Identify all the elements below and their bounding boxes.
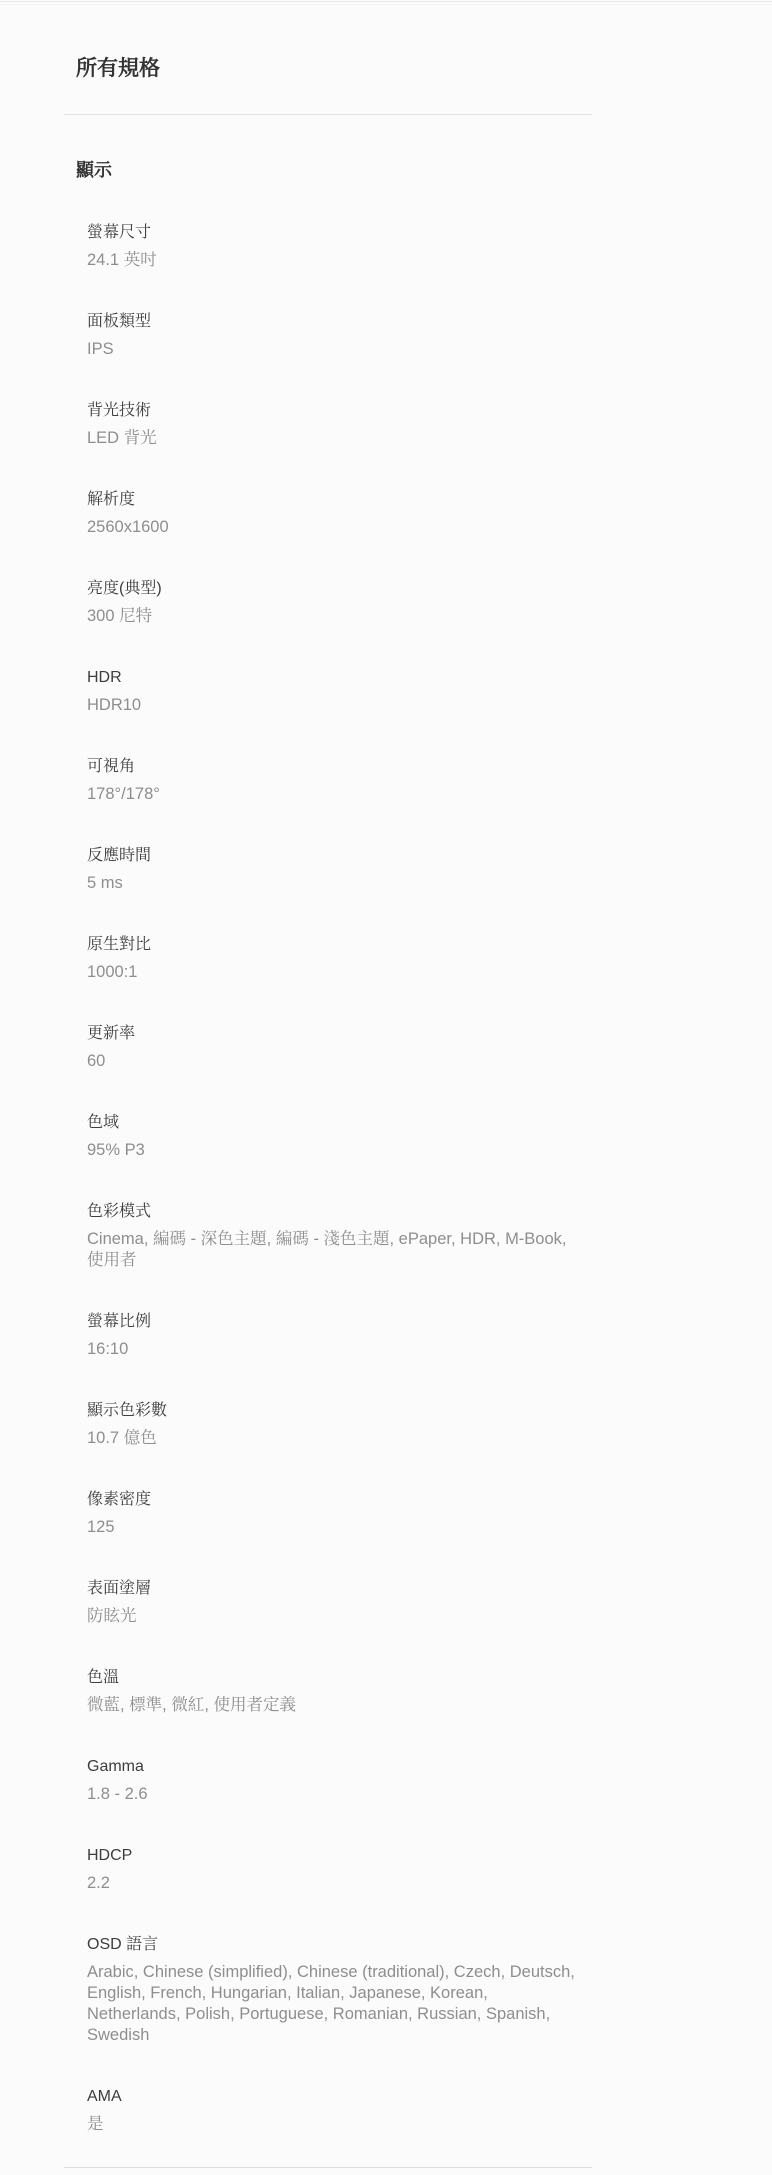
spec-label: 色域 bbox=[87, 1113, 592, 1133]
spec-value: 微藍, 標準, 微紅, 使用者定義 bbox=[87, 1695, 579, 1716]
spec-item: Gamma 1.8 - 2.6 bbox=[64, 1757, 592, 1805]
spec-value: 125 bbox=[87, 1517, 579, 1538]
spec-label: 反應時間 bbox=[87, 846, 592, 866]
spec-label: 色彩模式 bbox=[87, 1202, 592, 1222]
spec-label: 可視角 bbox=[87, 757, 592, 777]
spec-item: 原生對比 1000:1 bbox=[64, 935, 592, 983]
spec-value: 10.7 億色 bbox=[87, 1428, 579, 1449]
spec-item: 色溫 微藍, 標準, 微紅, 使用者定義 bbox=[64, 1668, 592, 1716]
section-title-display: 顯示 bbox=[64, 158, 592, 183]
spec-value: 178°/178° bbox=[87, 784, 579, 805]
top-border-line-2 bbox=[0, 4, 772, 5]
spec-label: 更新率 bbox=[87, 1024, 592, 1044]
spec-value: Cinema, 編碼 - 深色主題, 編碼 - 淺色主題, ePaper, HD… bbox=[87, 1229, 579, 1271]
spec-value: 1000:1 bbox=[87, 962, 579, 983]
top-border-line-1 bbox=[0, 1, 772, 2]
spec-label: AMA bbox=[87, 2087, 592, 2107]
page-title: 所有規格 bbox=[64, 0, 592, 84]
spec-label: 背光技術 bbox=[87, 401, 592, 421]
spec-value: 16:10 bbox=[87, 1339, 579, 1360]
spec-value: 95% P3 bbox=[87, 1140, 579, 1161]
spec-item: 螢幕比例 16:10 bbox=[64, 1312, 592, 1360]
spec-item: 像素密度 125 bbox=[64, 1490, 592, 1538]
spec-value: 1.8 - 2.6 bbox=[87, 1784, 579, 1805]
spec-item: 螢幕尺寸 24.1 英吋 bbox=[64, 223, 592, 271]
spec-item: HDR HDR10 bbox=[64, 668, 592, 716]
spec-label: HDR bbox=[87, 668, 592, 688]
spec-value: HDR10 bbox=[87, 695, 579, 716]
spec-value: 2.2 bbox=[87, 1873, 579, 1894]
specs-panel: 所有規格 顯示 螢幕尺寸 24.1 英吋 面板類型 IPS 背光技術 LED 背… bbox=[64, 0, 592, 2168]
spec-label: 像素密度 bbox=[87, 1490, 592, 1510]
spec-label: 螢幕比例 bbox=[87, 1312, 592, 1332]
header-divider bbox=[64, 114, 592, 115]
spec-label: 顯示色彩數 bbox=[87, 1401, 592, 1421]
spec-value: Arabic, Chinese (simplified), Chinese (t… bbox=[87, 1962, 579, 2046]
spec-item: HDCP 2.2 bbox=[64, 1846, 592, 1894]
spec-item: 反應時間 5 ms bbox=[64, 846, 592, 894]
spec-item: 色彩模式 Cinema, 編碼 - 深色主題, 編碼 - 淺色主題, ePape… bbox=[64, 1202, 592, 1271]
spec-value: 60 bbox=[87, 1051, 579, 1072]
spec-item: 背光技術 LED 背光 bbox=[64, 401, 592, 449]
spec-label: 解析度 bbox=[87, 490, 592, 510]
spec-value: 2560x1600 bbox=[87, 517, 579, 538]
spec-item: 顯示色彩數 10.7 億色 bbox=[64, 1401, 592, 1449]
spec-label: HDCP bbox=[87, 1846, 592, 1866]
spec-item: 解析度 2560x1600 bbox=[64, 490, 592, 538]
spec-value: LED 背光 bbox=[87, 428, 579, 449]
spec-value: 24.1 英吋 bbox=[87, 250, 579, 271]
spec-list: 螢幕尺寸 24.1 英吋 面板類型 IPS 背光技術 LED 背光 解析度 25… bbox=[64, 223, 592, 2135]
spec-item: 更新率 60 bbox=[64, 1024, 592, 1072]
spec-value: IPS bbox=[87, 339, 579, 360]
spec-label: 亮度(典型) bbox=[87, 579, 592, 599]
spec-label: 色溫 bbox=[87, 1668, 592, 1688]
spec-value: 防眩光 bbox=[87, 1606, 579, 1627]
spec-label: 原生對比 bbox=[87, 935, 592, 955]
spec-item: OSD 語言 Arabic, Chinese (simplified), Chi… bbox=[64, 1935, 592, 2046]
spec-value: 300 尼特 bbox=[87, 606, 579, 627]
spec-label: Gamma bbox=[87, 1757, 592, 1777]
spec-label: 螢幕尺寸 bbox=[87, 223, 592, 243]
spec-item: 亮度(典型) 300 尼特 bbox=[64, 579, 592, 627]
spec-item: 可視角 178°/178° bbox=[64, 757, 592, 805]
spec-item: 表面塗層 防眩光 bbox=[64, 1579, 592, 1627]
spec-label: 面板類型 bbox=[87, 312, 592, 332]
spec-item: 面板類型 IPS bbox=[64, 312, 592, 360]
spec-item: AMA 是 bbox=[64, 2087, 592, 2135]
spec-value: 5 ms bbox=[87, 873, 579, 894]
spec-value: 是 bbox=[87, 2114, 579, 2135]
spec-item: 色域 95% P3 bbox=[64, 1113, 592, 1161]
bottom-divider bbox=[64, 2167, 592, 2168]
spec-label: OSD 語言 bbox=[87, 1935, 592, 1955]
spec-label: 表面塗層 bbox=[87, 1579, 592, 1599]
